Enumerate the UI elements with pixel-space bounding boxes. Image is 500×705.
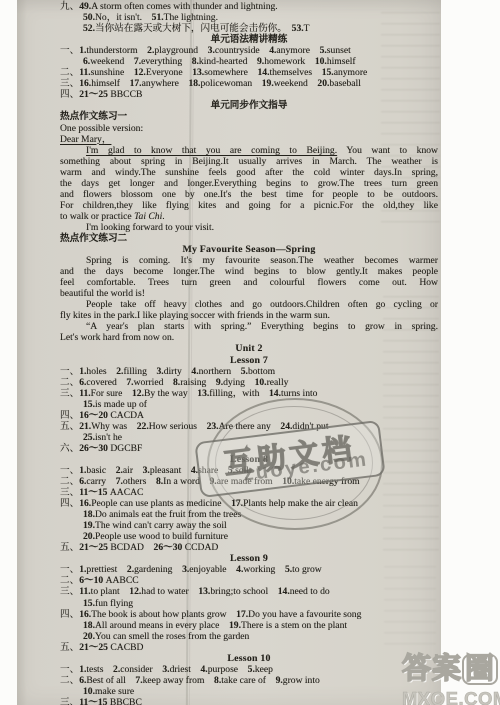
text-row: and flowers blossom one by one.It's the … xyxy=(60,189,438,200)
text-row: and the days become longer.The wind begi… xyxy=(60,266,438,277)
text-row: Lesson 9 xyxy=(60,553,438,564)
text-row: 18.All around means in every place 19.Th… xyxy=(60,620,438,631)
answer-text-column: 九、49.A storm often comes with thunder an… xyxy=(60,1,438,705)
text-row: 三、11.For sure 12.By the way 13.filling，w… xyxy=(60,388,438,399)
text-row: 一、1.basic 2.air 3.pleasant 4.share 5.soi… xyxy=(60,465,438,476)
text-row: 20.People use wood to build furniture xyxy=(60,531,438,542)
text-row: something about spring in Beijing.It usu… xyxy=(60,156,438,167)
text-row: beautiful the world is! xyxy=(60,288,438,299)
text-row: 19.The wind can't carry away the soil xyxy=(60,520,438,531)
text-row: 15.fun flying xyxy=(60,598,438,609)
text-row: 三、11.to plant 12.had to water 13.bring;t… xyxy=(60,586,438,597)
text-row: warm and windy.The sunshine feels good a… xyxy=(60,167,438,178)
text-row: 一、1.prettiest 2.gardening 3.enjoyable 4.… xyxy=(60,564,438,575)
text-row: For children,they like flying kites and … xyxy=(60,200,438,211)
text-row: 四、16.The book is about how plants grow 1… xyxy=(60,609,438,620)
text-row: 二、11.sunshine 12.Everyone 13.somewhere 1… xyxy=(60,67,438,78)
text-row: 一、1.tests 2.consider 3.driest 4.purpose … xyxy=(60,664,438,675)
text-row: Lesson 7 xyxy=(60,355,438,366)
text-row: 18.Do animals eat the fruit from the tre… xyxy=(60,509,438,520)
text-row: 四、21～25 BBCCB xyxy=(60,89,438,100)
logo-text: 答案 xyxy=(402,653,462,685)
text-row: People take off heavy clothes and go out… xyxy=(60,299,438,310)
text-row: 6.weekend 7.everything 8.kind-hearted 9.… xyxy=(60,56,438,67)
text-row: 五、21～25 BCDAD 26～30 CCDAD xyxy=(60,542,438,553)
scanned-answer-page: { "watermarks": { "stamp": { "title": "互… xyxy=(0,0,500,705)
text-row: One possible version: xyxy=(60,123,438,134)
text-row: Lesson 8 xyxy=(60,454,438,465)
text-row: 三、11～15 BBCBC xyxy=(60,697,438,705)
text-row: the days get longer and longer.Everythin… xyxy=(60,178,438,189)
text-row: 10.make sure xyxy=(60,686,438,697)
logo-boxed-character: 圈 xyxy=(462,654,498,685)
text-row: 四、16.People can use plants as medicine 1… xyxy=(60,498,438,509)
text-row: 单元语法精讲精练 xyxy=(60,34,438,45)
text-row: 二、6～10 AABCC xyxy=(60,575,438,586)
text-row: 一、1.holes 2.filling 3.dirty 4.northern 5… xyxy=(60,366,438,377)
answer-circle-logo: 答案圈 xyxy=(402,646,500,687)
text-row: to walk or practice Tai Chi. xyxy=(60,211,438,222)
text-row: Lesson 10 xyxy=(60,653,438,664)
text-row: Let's work hard from now on. xyxy=(60,332,438,343)
site-url-watermark: MXQE.COM xyxy=(402,688,500,705)
text-row: Spring is coming. It's my favourite seas… xyxy=(60,255,438,266)
text-row: 二、6.covered 7.worried 8.raising 9.dying … xyxy=(60,377,438,388)
text-row: 五、21～25 CACBD xyxy=(60,642,438,653)
text-row: 五、21.Why was 22.How serious 23.Are there… xyxy=(60,421,438,432)
answer-circle-watermark: 答案圈 MXQE.COM xyxy=(402,646,500,705)
text-row: 三、16.himself 17.anywhere 18.policewoman … xyxy=(60,78,438,89)
text-row: 九、49.A storm often comes with thunder an… xyxy=(60,1,438,12)
text-row: “A year's plan starts with spring.” Ever… xyxy=(60,321,438,332)
text-row: 20.You can smell the roses from the gard… xyxy=(60,631,438,642)
text-row: 二、6.Best of all 7.keep away from 8.take … xyxy=(60,675,438,686)
text-row: I'm looking forward to your visit. xyxy=(60,222,438,233)
text-row: 三、11～15 AACAC xyxy=(60,487,438,498)
text-row: I'm glad to know that you are coming to … xyxy=(60,145,438,156)
text-row: 六、26～30 DGCBF xyxy=(60,443,438,454)
text-row: 四、16～20 CACDA xyxy=(60,410,438,421)
text-row: Dear Mary， xyxy=(60,134,438,145)
text-row: 50.No，it isn't. 51.The lightning. xyxy=(60,12,438,23)
text-row: 热点作文练习二 xyxy=(60,233,438,244)
text-row: 一、1.thunderstorm 2.playground 3.countrys… xyxy=(60,45,438,56)
text-row: 25.isn't he xyxy=(60,432,438,443)
text-row: feel comfortable. Trees turn green and c… xyxy=(60,277,438,288)
text-row: 二、6.carry 7.others 8.In a word 9.are mad… xyxy=(60,476,438,487)
text-row: 52.当你站在露天或大树下，闪电可能会击伤你。 53.T xyxy=(60,23,438,34)
text-row: Unit 2 xyxy=(60,343,438,354)
text-row: 单元同步作文指导 xyxy=(60,100,438,111)
text-row: 热点作文练习一 xyxy=(60,111,438,122)
text-row: fly kites in the park.I like playing soc… xyxy=(60,310,438,321)
text-row: 15.is made up of xyxy=(60,399,438,410)
text-row: My Favourite Season—Spring xyxy=(60,244,438,255)
